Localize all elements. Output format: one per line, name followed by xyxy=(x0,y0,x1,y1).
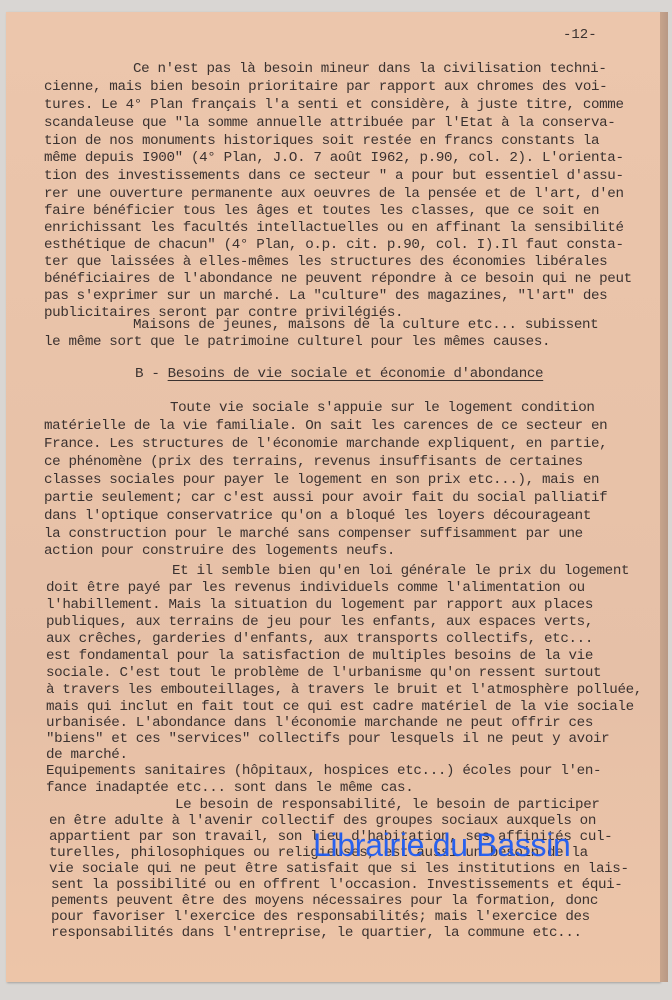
text-line: pour favoriser l'exercice des responsabi… xyxy=(51,909,590,925)
text-line: Equipements sanitaires (hôpitaux, hospic… xyxy=(46,763,601,779)
text-line: de marché. xyxy=(46,747,128,763)
text-line: le même sort que le patrimoine culturel … xyxy=(44,334,550,350)
text-line: ce phénomène (prix des terrains, revenus… xyxy=(44,454,583,470)
text-line: aux crêches, garderies d'enfants, aux tr… xyxy=(46,631,593,647)
text-line: dans l'optique conservatrice qu'on a blo… xyxy=(44,508,591,524)
text-line: rer une ouverture permanente aux oeuvres… xyxy=(44,186,624,202)
text-line: classes sociales pour payer le logement … xyxy=(44,472,599,488)
text-line: à travers les embouteillages, à travers … xyxy=(46,682,642,698)
text-line: la construction pour le marché sans comp… xyxy=(44,526,583,542)
text-line: même depuis I900" (4° Plan, J.O. 7 août … xyxy=(44,150,624,166)
text-line: Ce n'est pas là besoin mineur dans la ci… xyxy=(133,61,607,77)
text-line: esthétique de chacun" (4° Plan, o.p. cit… xyxy=(44,237,624,253)
page-number: -12- xyxy=(563,27,597,43)
text-line: publiques, aux terrains de jeu pour les … xyxy=(46,614,593,630)
text-line: l'habillement. Mais la situation du loge… xyxy=(46,597,593,613)
text-line: tion des investissements dans ce secteur… xyxy=(44,168,624,184)
text-line: mais qui inclut en fait tout ce qui est … xyxy=(46,699,634,715)
watermark-librairie-du-bassin: Librairie du Bassin xyxy=(313,827,571,863)
text-line: sent la possibilité ou en offrent l'occa… xyxy=(51,877,622,893)
text-line: Toute vie sociale s'appuie sur le logeme… xyxy=(170,400,595,416)
text-line: pements peuvent être des moyens nécessai… xyxy=(51,893,598,909)
text-line: responsabilités dans l'entreprise, le qu… xyxy=(51,925,582,941)
section-heading-title: Besoins de vie sociale et économie d'abo… xyxy=(168,366,544,382)
text-line: "biens" et ces "services" collectifs pou… xyxy=(46,731,609,747)
text-line: partie seulement; car c'est aussi pour a… xyxy=(44,490,607,506)
text-line: est fondamental pour la satisfaction de … xyxy=(46,648,593,664)
text-line: urbanisée. L'abondance dans l'économie m… xyxy=(46,715,593,731)
text-line: doit être payé par les revenus individue… xyxy=(46,580,585,596)
text-line: cienne, mais bien besoin prioritaire par… xyxy=(44,79,607,95)
text-line: matérielle de la vie familiale. On sait … xyxy=(44,418,607,434)
text-line: pas s'exprimer sur un marché. La "cultur… xyxy=(44,288,607,304)
text-line: scandaleuse que "la somme annuelle attri… xyxy=(44,115,615,131)
text-line: sociale. C'est tout le problème de l'urb… xyxy=(46,665,601,681)
text-line: fance inadaptée etc... sont dans le même… xyxy=(46,780,413,796)
text-line: faire bénéficier tous les âges et toutes… xyxy=(44,203,599,219)
section-heading-prefix: B - xyxy=(135,366,168,382)
text-line: ter que laissées à elles-mêmes les struc… xyxy=(44,254,607,270)
text-line: Et il semble bien qu'en loi générale le … xyxy=(172,563,629,579)
text-line: enrichissant les facultés intellactuelle… xyxy=(44,220,624,236)
text-line: France. Les structures de l'économie mar… xyxy=(44,436,607,452)
text-line: tures. Le 4° Plan français l'a senti et … xyxy=(44,97,624,113)
text-line: tion de nos monuments historiques soit r… xyxy=(44,133,599,149)
text-line: Maisons de jeunes, maisons de la culture… xyxy=(133,317,598,333)
text-line: action pour construire des logements neu… xyxy=(44,543,395,559)
text-line: vie sociale qui ne peut être satisfait q… xyxy=(49,861,629,877)
text-line: bénéficiaires de l'abondance ne peuvent … xyxy=(44,271,632,287)
page-edge xyxy=(660,12,668,982)
text-line: Le besoin de responsabilité, le besoin d… xyxy=(175,797,600,813)
section-heading: B - Besoins de vie sociale et économie d… xyxy=(135,366,543,382)
